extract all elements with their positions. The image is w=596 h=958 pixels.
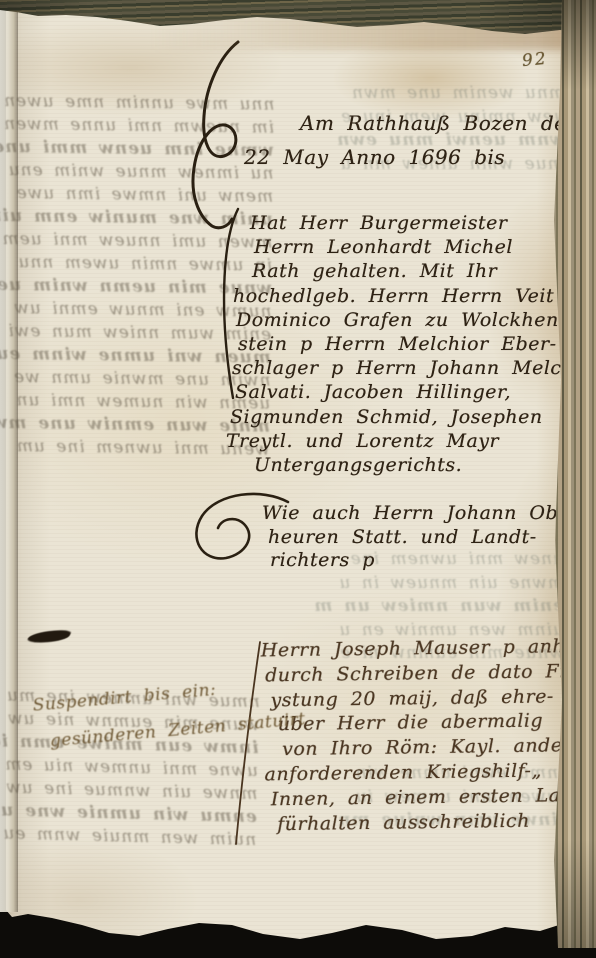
manuscript-line: Untergangsgerichts. [254, 453, 596, 477]
manuscript-line: Wie auch Herrn Johann Ober- [262, 502, 586, 526]
manuscript-line: hochedlgeb. Herrn Herrn Veit [233, 284, 596, 308]
manuscript-line: von Ihro Röm: Kayl. ander- [282, 733, 596, 762]
heading: Am Rathhauß Bozen den 22 May Anno 1696 b… [240, 106, 580, 174]
manuscript-line: schlager p Herrn Johann Melchior [232, 356, 596, 380]
heading-line-2: 22 May Anno 1696 bis [244, 140, 580, 174]
manuscript-line: Treytl. und Lorentz Mayr [226, 429, 596, 453]
manuscript-line: Hat Herr Burgermeister [250, 211, 596, 235]
manuscript-line: mnu wenim une mwn [300, 82, 565, 106]
manuscript-line: enim wun nmiew un m [292, 595, 564, 619]
manuscript-line: heuren Statt. und Landt- [268, 526, 586, 550]
entry-paragraph: Hat Herr BurgermeisterHerrn Leonhardt Mi… [224, 211, 596, 477]
manuscript-line: richters p [270, 549, 586, 573]
manuscript-line: mwne uin mnuew in u [292, 572, 564, 596]
manuscript-line: Rath gehalten. Mit Ihr [252, 259, 596, 283]
manuscript-line: Sigmunden Schmid, Josephen [230, 405, 596, 429]
attendees-paragraph: Wie auch Herrn Johann Ober-heuren Statt.… [252, 502, 586, 573]
manuscript-line: stein p Herrn Melchior Eber- [238, 332, 596, 356]
manuscript-line: Herrn Leonhardt Michel [254, 235, 596, 259]
manuscript-line: fürhalten ausschreiblich [277, 807, 596, 837]
manuscript-line: ystung 20 maij, daß ehre- [270, 683, 596, 713]
manuscript-line: Dominico Grafen zu Wolckhen- [236, 308, 596, 332]
page-number: 92 [521, 49, 549, 72]
heading-line-1: Am Rathhauß Bozen den [300, 106, 580, 140]
manuscript-photo: nnu mwe unnim nme uwenim nuewm nmi unne … [0, 0, 596, 958]
manuscript-line: Salvati. Jacoben Hillinger, [235, 380, 596, 404]
manuscript-line: Innen, an einem ersten Landtag [271, 782, 596, 812]
